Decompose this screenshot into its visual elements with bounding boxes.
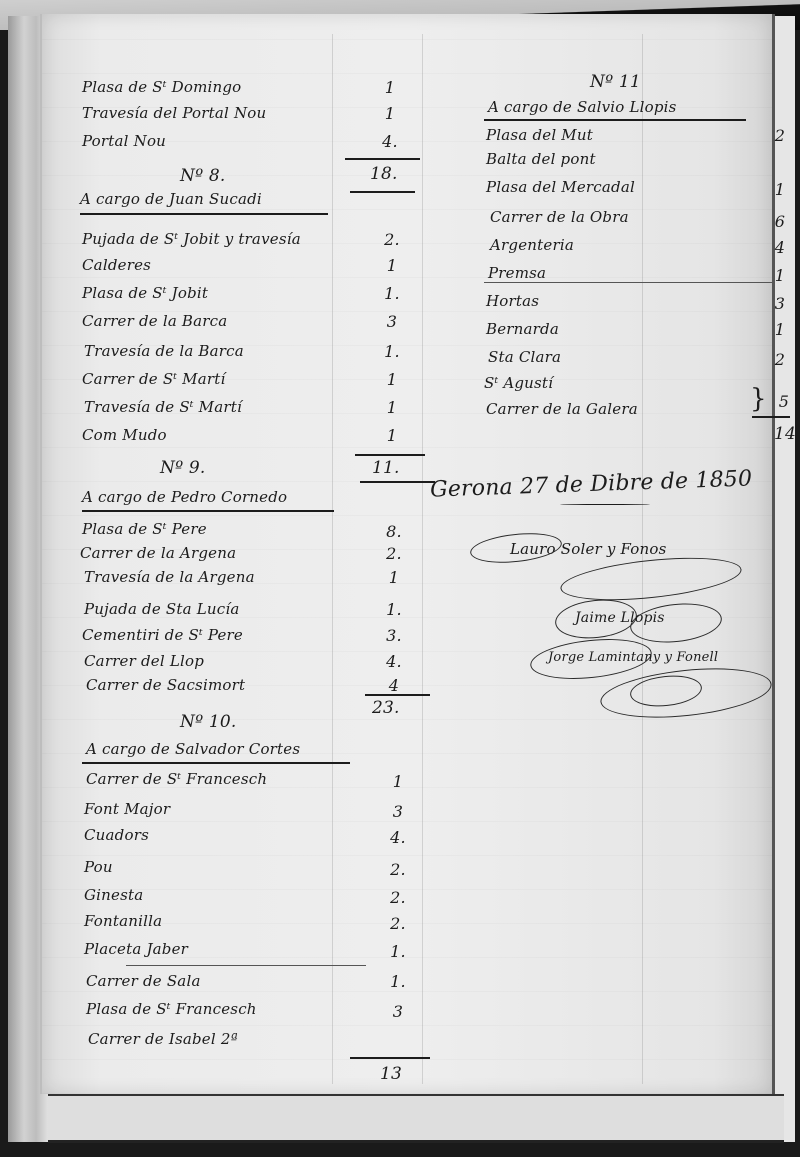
entry-qty: 4. <box>384 652 404 671</box>
signature: Jorge Lamintany y Fonell <box>548 650 718 665</box>
grouping-bracket: } <box>750 384 767 414</box>
section-number: Nº 8. <box>180 166 226 186</box>
section-total: 23. <box>372 698 400 718</box>
entry-qty: 1. <box>382 342 402 361</box>
entry-qty: 2. <box>384 544 404 563</box>
entry-qty: 2. <box>388 888 408 907</box>
entry-qty: 2. <box>382 230 402 249</box>
sum-rule <box>752 416 790 418</box>
entry-place: Calderes <box>82 256 151 274</box>
entry-qty: 2 <box>770 126 790 145</box>
entry-qty: 1. <box>384 600 404 619</box>
signature: Jaime Llopis <box>575 610 665 626</box>
entry-qty: 5 <box>774 392 794 411</box>
ruled-column-line <box>422 34 423 1084</box>
entry-qty: 1. <box>382 284 402 303</box>
entry-place: Carrer de la Argena <box>80 544 236 562</box>
entry-qty: 3 <box>388 1002 408 1021</box>
entry-qty: 3 <box>388 802 408 821</box>
strike-line <box>484 282 774 283</box>
entry-qty: 1 <box>388 772 408 791</box>
entry-qty: 1 <box>382 256 402 275</box>
entry-qty: 1 <box>382 370 402 389</box>
section-number: Nº 11 <box>590 72 641 92</box>
entry-place: Fontanilla <box>84 912 162 930</box>
entry-qty: 1 <box>380 78 400 97</box>
entry-place: Carrer de Sᵗ Martí <box>82 370 225 388</box>
entry-place: Carrer de Isabel 2ª <box>88 1030 238 1048</box>
entry-place: Plasa del Mercadal <box>486 178 635 196</box>
heading-underline <box>80 213 328 215</box>
entry-qty: 2. <box>388 860 408 879</box>
entry-place: Cuadors <box>84 826 149 844</box>
entry-place: Pujada de Sta Lucía <box>84 600 240 618</box>
section-total: 13 <box>380 1064 402 1084</box>
entry-place: Plasa de Sᵗ Jobit <box>82 284 208 302</box>
entry-place: Carrer de la Barca <box>82 312 227 330</box>
section-heading: A cargo de Salvio Llopis <box>488 98 677 116</box>
flourish-line <box>560 504 650 505</box>
entry-place: Plasa del Mut <box>486 126 593 144</box>
entry-place: Pou <box>84 858 113 876</box>
entry-qty: 4 <box>384 676 404 695</box>
sum-rule <box>350 1057 430 1059</box>
section-heading: A cargo de Pedro Cornedo <box>82 488 287 506</box>
entry-qty: 4. <box>388 828 408 847</box>
heading-underline <box>484 119 746 121</box>
entry-place: Carrer de la Galera <box>486 400 638 418</box>
section-total: 11. <box>372 458 400 478</box>
entry-place: Sᵗ Agustí <box>484 374 553 392</box>
entry-place: Cementiri de Sᵗ Pere <box>82 626 243 644</box>
entry-qty: 1. <box>388 942 408 961</box>
entry-place: Balta del pont <box>486 150 596 168</box>
entry-place: Sta Clara <box>488 348 561 366</box>
section-heading: A cargo de Juan Sucadi <box>80 190 262 208</box>
section-number: Nº 9. <box>160 458 206 478</box>
section-heading: A cargo de Salvador Cortes <box>86 740 300 758</box>
entry-qty: 2 <box>770 350 790 369</box>
entry-place: Plasa de Sᵗ Pere <box>82 520 207 538</box>
entry-qty: 1 <box>770 180 790 199</box>
entry-place: Travesía del Portal Nou <box>82 104 266 122</box>
entry-qty: 6 <box>770 212 790 231</box>
entry-qty: 3 <box>382 312 402 331</box>
entry-place: Carrer de la Obra <box>490 208 629 226</box>
sum-rule <box>350 191 415 193</box>
strike-line <box>126 965 366 966</box>
entry-place: Ginesta <box>84 886 143 904</box>
entry-place: Carrer de Sacsimort <box>86 676 245 694</box>
entry-qty: 1 <box>384 568 404 587</box>
entry-place: Hortas <box>486 292 539 310</box>
entry-place: Carrer de Sᵗ Francesch <box>86 770 267 788</box>
entry-qty: 1 <box>770 320 790 339</box>
heading-underline <box>82 762 350 764</box>
entry-place: Carrer de Sala <box>86 972 201 990</box>
sum-rule <box>355 454 425 456</box>
entry-qty: 1 <box>382 398 402 417</box>
entry-place: Carrer del Llop <box>84 652 204 670</box>
entry-place: Travesía de la Argena <box>84 568 255 586</box>
sum-rule <box>360 481 435 483</box>
entry-qty: 1. <box>388 972 408 991</box>
entry-qty: 1 <box>382 426 402 445</box>
entry-place: Argenteria <box>490 236 574 254</box>
page-bottom-fold <box>48 1094 784 1143</box>
entry-qty: 1 <box>380 104 400 123</box>
carryover-total: 18. <box>370 164 398 184</box>
entry-place: Travesía de Sᵗ Martí <box>84 398 242 416</box>
entry-place: Travesía de la Barca <box>84 342 244 360</box>
entry-qty: 3. <box>384 626 404 645</box>
entry-place: Premsa <box>488 264 546 282</box>
entry-place: Com Mudo <box>82 426 167 444</box>
ruled-column-line <box>332 34 333 1084</box>
entry-qty: 3 <box>770 294 790 313</box>
entry-qty: 2. <box>388 914 408 933</box>
sum-rule <box>365 694 430 696</box>
entry-place: Font Major <box>84 800 170 818</box>
ruled-column-line <box>642 34 643 1084</box>
section-total: 14 <box>774 424 796 444</box>
heading-underline <box>82 510 334 512</box>
entry-qty: 4. <box>380 132 400 151</box>
entry-qty: 4 <box>770 238 790 257</box>
entry-qty: 8. <box>384 522 404 541</box>
entry-place: Portal Nou <box>82 132 166 150</box>
sum-rule <box>345 158 420 160</box>
entry-place: Placeta Jaber <box>84 940 188 958</box>
entry-place: Plasa de Sᵗ Francesch <box>86 1000 257 1018</box>
entry-place: Plasa de Sᵗ Domingo <box>82 78 241 96</box>
entry-place: Bernarda <box>486 320 559 338</box>
entry-place: Pujada de Sᵗ Jobit y travesía <box>82 230 301 248</box>
section-number: Nº 10. <box>180 712 237 732</box>
